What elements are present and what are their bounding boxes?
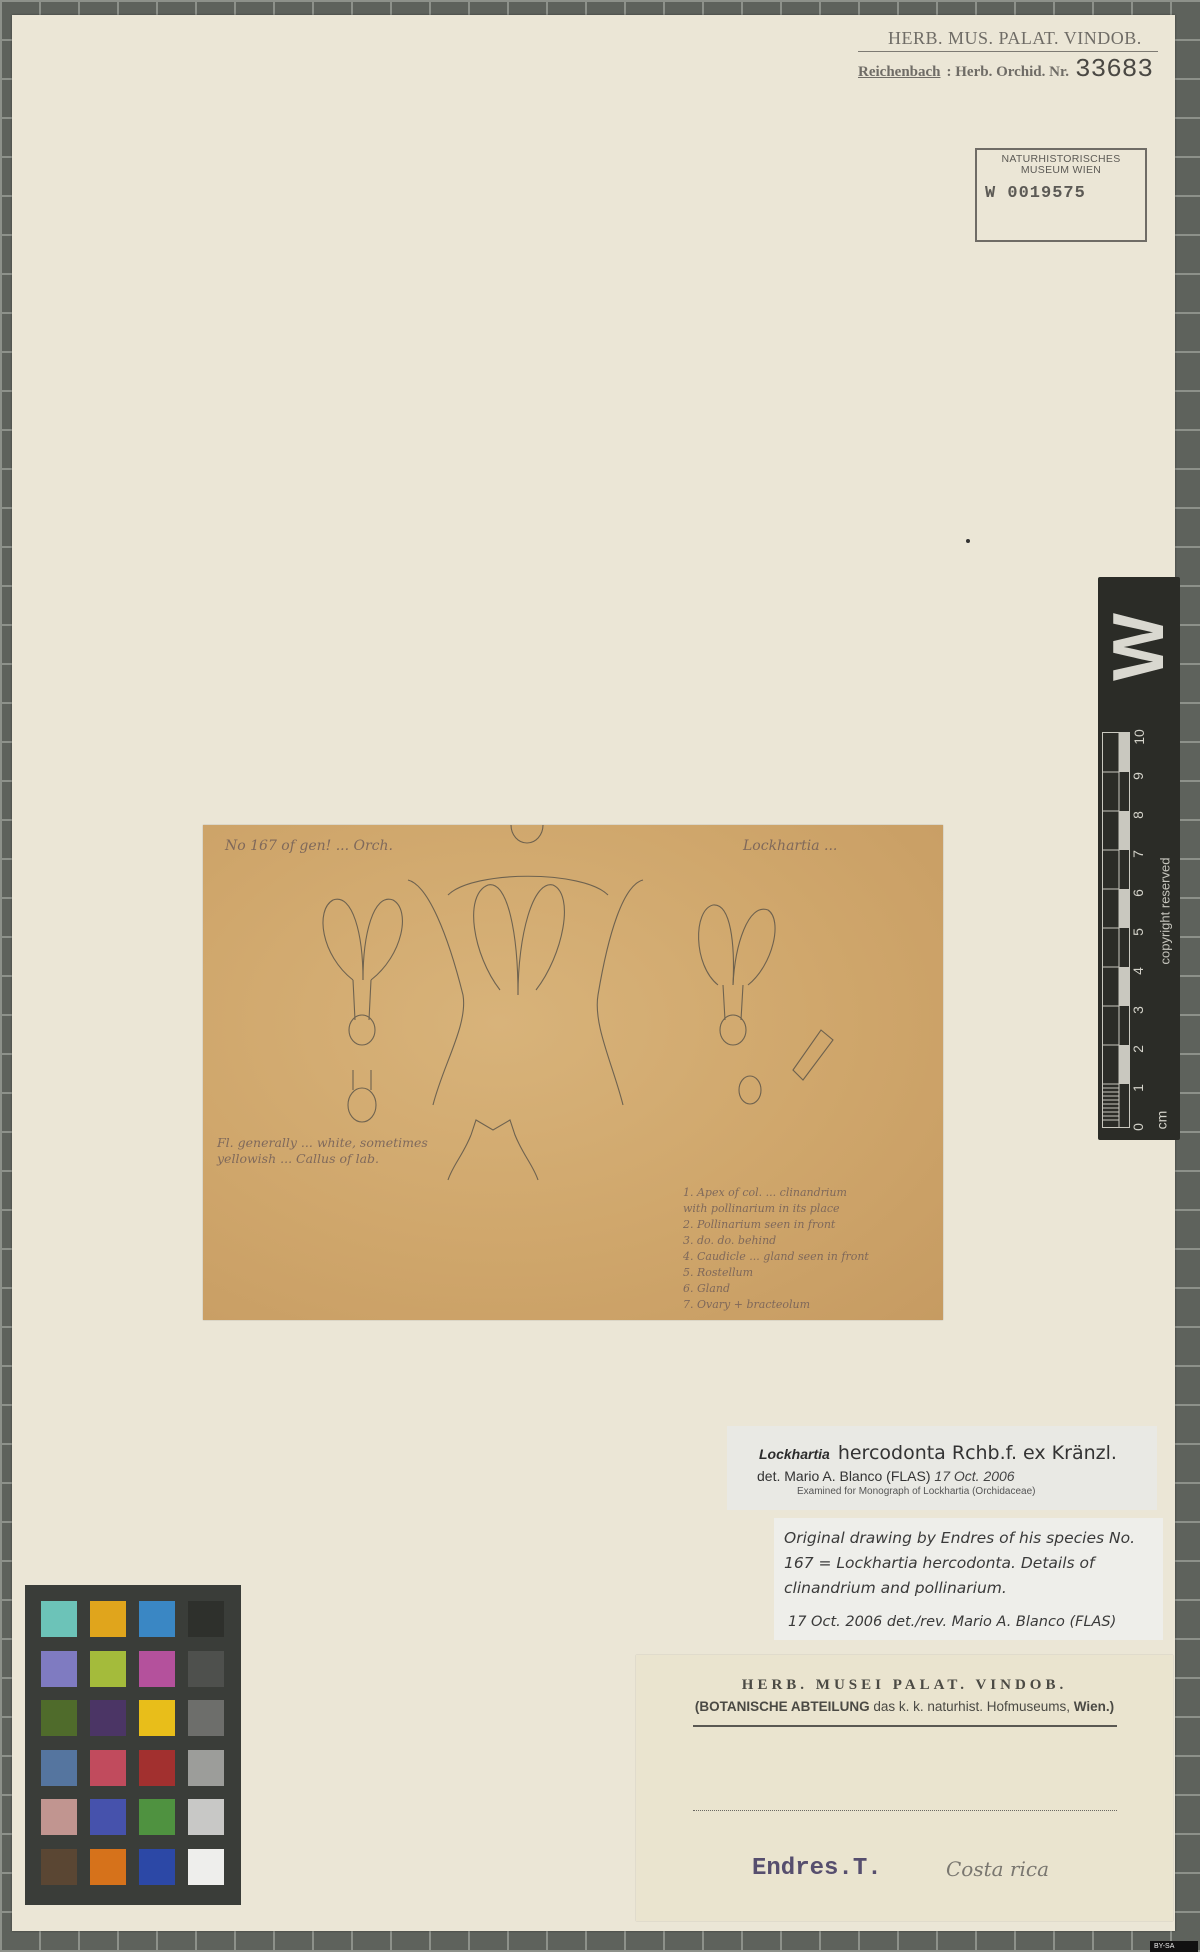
color-swatch [188,1601,224,1637]
determiner-line: det. Mario A. Blanco (FLAS) 17 Oct. 2006 [757,1468,1015,1484]
locality: Costa rica [946,1857,1049,1881]
ruler-unit: cm [1153,1111,1169,1130]
ruler-tick: 0 [1130,1123,1146,1131]
ruler-copyright-text: copyright reserved [1158,785,1173,965]
legend-line: 4. Caudicle ... gland seen in front [683,1249,943,1265]
legend-line: 1. Apex of col. ... clinandrium [683,1185,943,1201]
ruler-tick: 8 [1130,811,1146,819]
drawing-flower-note: Fl. generally ... white, sometimes yello… [217,1135,457,1167]
label-rule [693,1725,1117,1727]
subtitle-rest: das k. k. naturhist. Hofmuseums, [873,1699,1070,1714]
ruler-tick: 3 [1130,1006,1146,1014]
museum-stamp: NATURHISTORISCHES MUSEUM WIEN W 0019575 [975,148,1147,242]
color-swatch [41,1651,77,1687]
header-label-line: Reichenbach : Herb. Orchid. Nr. 33683 [858,54,1198,84]
color-swatch [90,1849,126,1885]
ruler-tick: 2 [1130,1045,1146,1053]
header-collector: Reichenbach [858,64,941,81]
legend-line: 2. Pollinarium seen in front [683,1217,943,1233]
herbarium-label-title: HERB. MUSEI PALAT. VINDOB. [636,1677,1173,1694]
determination-date: 17 Oct. 2006 [934,1468,1014,1484]
legend-line: 7. Ovary + bracteolum [683,1297,943,1313]
scale-ruler: W 0 1 2 3 4 5 6 7 8 9 [1098,577,1180,1140]
ruler-copyright: copyright reserved [1153,777,1173,977]
ink-dot [966,539,970,543]
header-label: HERB. MUS. PALAT. VINDOB. Reichenbach : … [858,28,1198,84]
color-swatch [41,1601,77,1637]
color-swatch [188,1750,224,1786]
ruler-tick: 1 [1130,1084,1146,1092]
ruler-tick: 9 [1130,772,1146,780]
color-swatch [188,1651,224,1687]
color-swatch [90,1750,126,1786]
note-line: clinandrium and pollinarium. [784,1576,1135,1601]
legend-line: 6. Gland [683,1281,943,1297]
examined-line: Examined for Monograph of Lockhartia (Or… [797,1486,1035,1497]
original-note-text: Original drawing by Endres of his specie… [784,1526,1135,1601]
original-note-date: 17 Oct. 2006 det./rev. Mario A. Blanco (… [788,1614,1116,1630]
color-swatch [188,1849,224,1885]
label-dotted-line [693,1810,1117,1811]
color-swatch [41,1700,77,1736]
determiner: det. Mario A. Blanco (FLAS) [757,1468,931,1484]
color-swatch [139,1601,175,1637]
color-swatch [41,1799,77,1835]
header-herb-text: : Herb. Orchid. Nr. [947,64,1070,81]
collector-stamp: Endres.T. [752,1855,882,1882]
drawing-figure-legend: 1. Apex of col. ... clinandrium with pol… [683,1185,943,1313]
museum-stamp-title: NATURHISTORISCHES MUSEUM WIEN [977,154,1145,176]
color-swatch [139,1849,175,1885]
color-swatch [90,1601,126,1637]
color-swatch [90,1799,126,1835]
original-drawing-note: Original drawing by Endres of his specie… [774,1518,1163,1640]
color-calibration-chart [25,1585,241,1905]
subtitle-end: Wien.) [1074,1699,1114,1714]
ruler-tick: 7 [1130,850,1146,858]
header-number: 33683 [1075,54,1153,84]
legend-line: 3. do. do. behind [683,1233,943,1249]
color-swatch [41,1849,77,1885]
ruler-tick: 5 [1130,928,1146,936]
color-swatch [188,1700,224,1736]
color-swatch [139,1700,175,1736]
color-swatch [41,1750,77,1786]
color-swatch [139,1799,175,1835]
legend-line: 5. Rostellum [683,1265,943,1281]
color-swatch [139,1651,175,1687]
ruler-logo: W [1099,614,1179,680]
ruler-tick: 10 [1131,729,1147,745]
determination-label: Lockhartia hercodonta Rchb.f. ex Kränzl.… [727,1426,1157,1510]
note-line: Original drawing by Endres of his specie… [784,1526,1135,1551]
color-swatch [90,1651,126,1687]
header-label-title: HERB. MUS. PALAT. VINDOB. [858,28,1158,52]
herbarium-label: HERB. MUSEI PALAT. VINDOB. (BOTANISCHE A… [636,1655,1173,1921]
ruler-tick-labels: 0 1 2 3 4 5 6 7 8 9 10 [1134,727,1154,1127]
determination-name: Lockhartia hercodonta Rchb.f. ex Kränzl. [759,1442,1117,1464]
species-handwritten: hercodonta Rchb.f. ex Kränzl. [838,1442,1117,1464]
subtitle-bold: (BOTANISCHE ABTEILUNG [695,1699,870,1714]
color-swatch [90,1700,126,1736]
genus: Lockhartia [759,1446,830,1462]
herbarium-label-subtitle: (BOTANISCHE ABTEILUNG das k. k. naturhis… [636,1699,1173,1714]
ruler-tick: 6 [1130,889,1146,897]
endres-drawing: No 167 of gen! ... Orch. Lockhartia ... [203,825,943,1320]
legend-line: with pollinarium in its place [683,1201,943,1217]
color-swatch [139,1750,175,1786]
license-badge: BY-SA [1150,1941,1198,1952]
note-line: 167 = Lockhartia hercodonta. Details of [784,1551,1135,1576]
ruler-tick: 4 [1130,967,1146,975]
ruler-scale-bars [1102,732,1130,1128]
color-swatch [188,1799,224,1835]
accession-number: W 0019575 [985,184,1145,203]
